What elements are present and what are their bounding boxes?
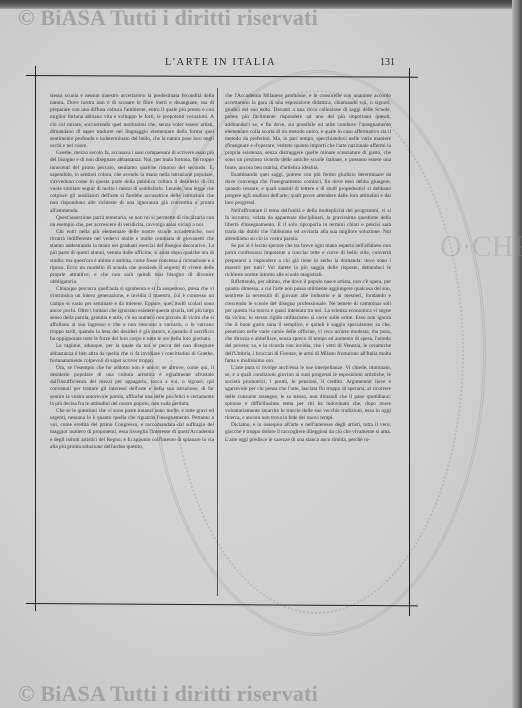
paragraph: Chi entri nella più elementare delle nos… [50, 229, 214, 286]
paragraph: Ora, se l'esempio che ho addotto non è u… [50, 365, 214, 408]
copyright-watermark-bottom: © BiASA Tutti i diritti riservati [18, 681, 318, 707]
frame-rule-top [26, 75, 418, 78]
library-stamp-letters: O·CHRIS [440, 230, 480, 264]
frame-rule-right [409, 68, 410, 616]
paragraph: Se poi si è lecito sperare che tra breve… [225, 243, 391, 279]
page-number: 131 [380, 57, 395, 68]
paragraph: Diciamo, e in ossequio all'arte e nell'i… [225, 422, 391, 443]
paragraph: Chiunque percorra quell'aula si sgomenta… [50, 286, 214, 343]
scanned-page: O·CHRIS © BiASA Tutti i diritti riservat… [0, 0, 522, 708]
text-column-right: che l'Accademia Milanese promosse, e le … [225, 93, 391, 444]
paragraph: stessa scuola e nessun maestro accettaro… [50, 93, 214, 150]
text-column-left: stessa scuola e nessun maestro accettaro… [50, 93, 214, 451]
paragraph: Goethe, mezzo secolo fa, accusava i suoi… [50, 150, 214, 214]
paragraph: Quest'asserzione parrà temeraria, se non… [50, 215, 214, 229]
frame-rule-bottom [26, 603, 418, 606]
paragraph: La ragione, adunque, per la quale da noi… [50, 343, 214, 364]
paragraph: Nell'affrontare il tema dell'unità e del… [225, 208, 391, 244]
copyright-watermark-top: © BiASA Tutti i diritti riservati [18, 5, 318, 31]
running-title: L'ARTE IN ITALIA [165, 57, 276, 68]
paragraph: Che se le questioni che vi sono poste in… [50, 408, 214, 451]
paragraph: L'arte pura si rivolge anch'essa le sue … [225, 365, 391, 422]
paragraph: che l'Accademia Milanese promosse, e le … [225, 93, 391, 172]
scanner-shadow-right [512, 0, 522, 708]
column-divider [217, 88, 218, 596]
paragraph: Esaminando quei saggi, potrete con più f… [225, 172, 391, 208]
frame-rule-left [35, 66, 36, 611]
paragraph: Riflettendo, per ultimo, che dove il pop… [225, 279, 391, 365]
